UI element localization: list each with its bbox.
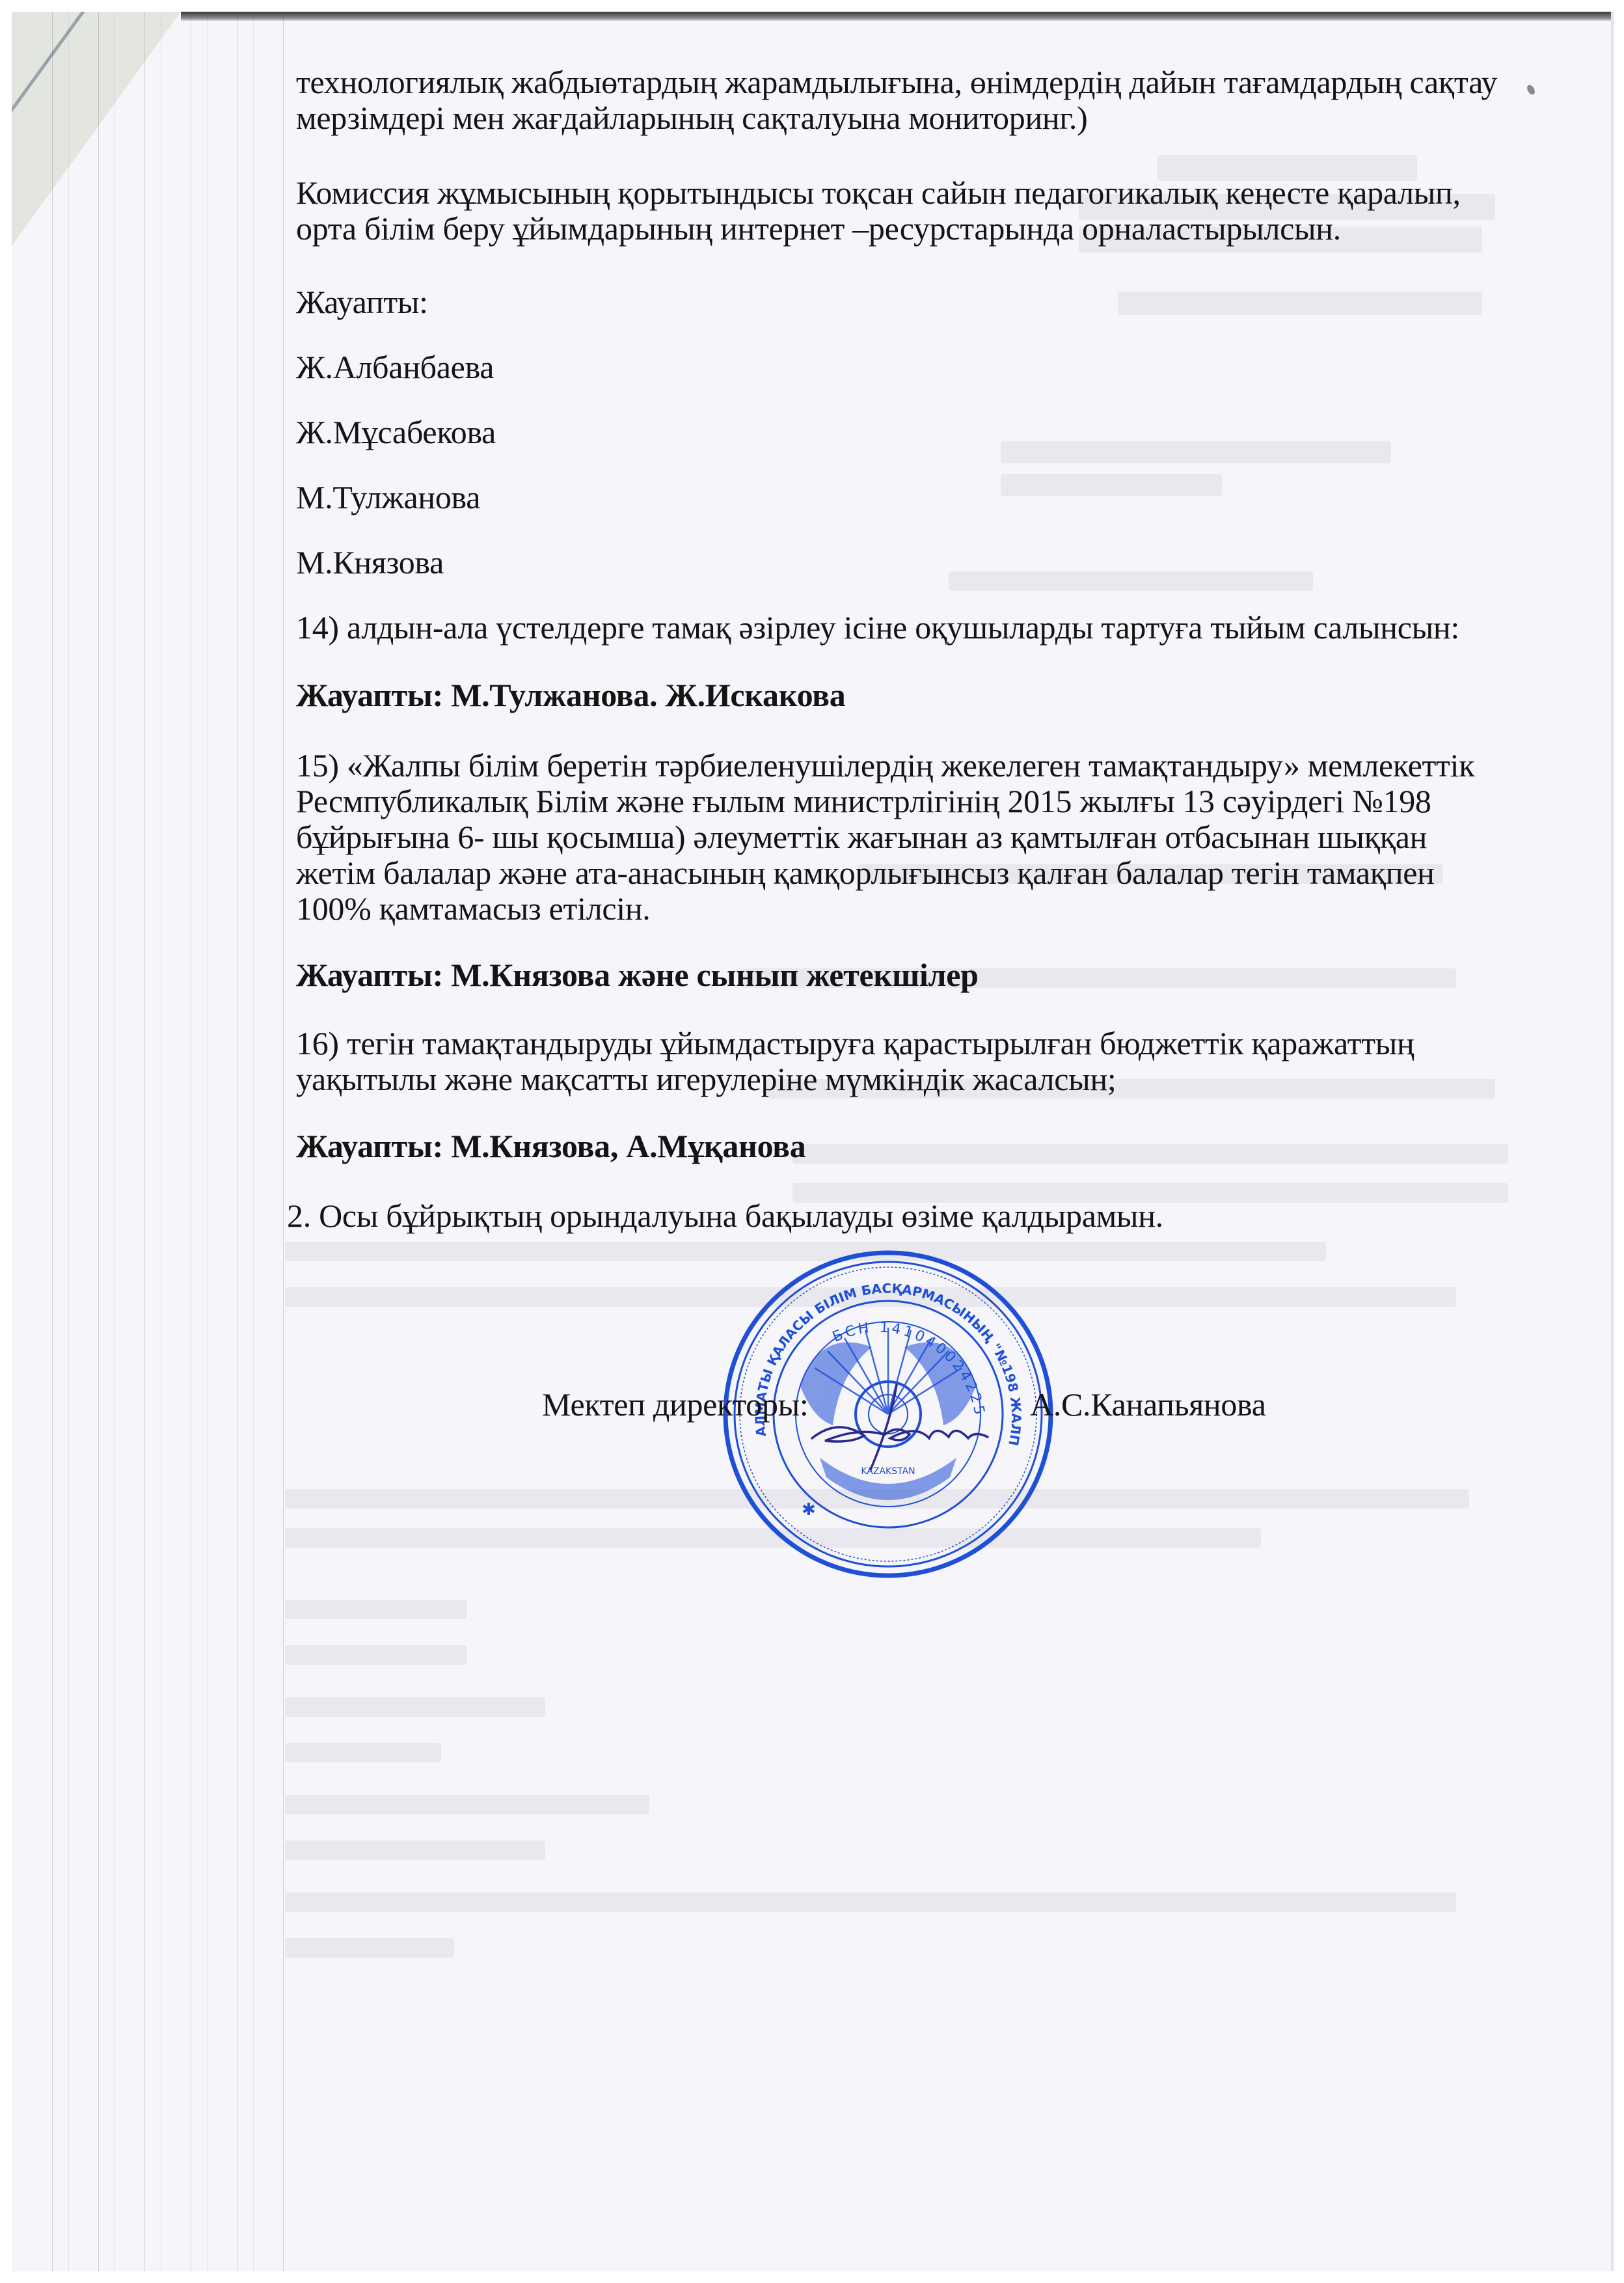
responsible-label: Жауапты:: [296, 284, 428, 320]
bleed-through-block: [792, 1144, 1508, 1164]
bleed-through-block: [285, 1645, 467, 1665]
responsible-name-4: М.Князова: [296, 544, 444, 581]
item-16-responsible: Жауапты: М.Князова, А.Мұқанова: [296, 1128, 805, 1164]
commission-line-1: Комиссия жұмысының қорытындысы тоқсан са…: [296, 174, 1461, 211]
director-signature: [799, 1378, 994, 1476]
item-16-line-2: уақытылы және мақсатты игерулеріне мүмкі…: [296, 1061, 1116, 1097]
bleed-through-block: [1001, 441, 1391, 463]
continuation-line-1: технологиялық жабдыөтардың жарамдылығына…: [296, 64, 1497, 100]
dust-speck: [1526, 84, 1537, 96]
item-14-responsible: Жауапты: М.Тулжанова. Ж.Искакова: [296, 677, 845, 713]
bleed-through-block: [1118, 292, 1482, 315]
responsible-name-1: Ж.Албанбаева: [296, 349, 494, 385]
director-title: Мектеп директоры:: [542, 1386, 809, 1423]
bleed-through-block: [285, 1795, 649, 1814]
item-16-line-1: 16) тегін тамақтандыруды ұйымдастыруға қ…: [296, 1025, 1414, 1061]
item-15-line-3: бұйрығына 6- шы қосымша) әлеуметтік жағы…: [296, 819, 1427, 855]
item-15-line-5: 100% қамтамасыз етілсін.: [296, 890, 651, 927]
item-15-line-1: 15) «Жалпы білім беретін тәрбиеленушілер…: [296, 747, 1474, 784]
scanner-streaks: [38, 12, 285, 2271]
svg-text:✱: ✱: [802, 1500, 816, 1520]
bleed-through-block: [285, 1840, 545, 1860]
item-15-line-2: Ресмпубликалық Білім және ғылым министрл…: [296, 783, 1431, 819]
continuation-line-2: мерзімдері мен жағдайларының сақталуына …: [296, 100, 1087, 136]
item-15-responsible: Жауапты: М.Князова және сынып жетекшілер: [296, 957, 979, 993]
item-14-text: 14) алдын-ала үстелдерге тамақ әзірлеу і…: [296, 609, 1459, 646]
bleed-through-block: [285, 1743, 441, 1762]
bleed-through-block: [285, 1600, 467, 1619]
bleed-through-block: [285, 1697, 545, 1717]
responsible-name-3: М.Тулжанова: [296, 479, 480, 515]
item-2-control: 2. Осы бұйрықтың орындалуына бақылауды ө…: [287, 1197, 1163, 1234]
bleed-through-block: [285, 1893, 1456, 1912]
page-right-edge: [1611, 12, 1614, 2271]
commission-line-2: орта білім беру ұйымдарының интернет –ре…: [296, 210, 1341, 247]
item-15-line-4: жетім балалар және ата-анасының қамқорлы…: [296, 854, 1435, 891]
responsible-name-2: Ж.Мұсабекова: [296, 414, 496, 450]
scan-top-shadow: [181, 12, 1614, 21]
bleed-through-block: [1001, 474, 1222, 496]
director-name: А.С.Канапьянова: [1030, 1386, 1266, 1423]
bleed-through-block: [285, 1938, 454, 1958]
scanned-page: технологиялық жабдыөтардың жарамдылығына…: [12, 12, 1614, 2271]
bleed-through-block: [949, 571, 1313, 591]
